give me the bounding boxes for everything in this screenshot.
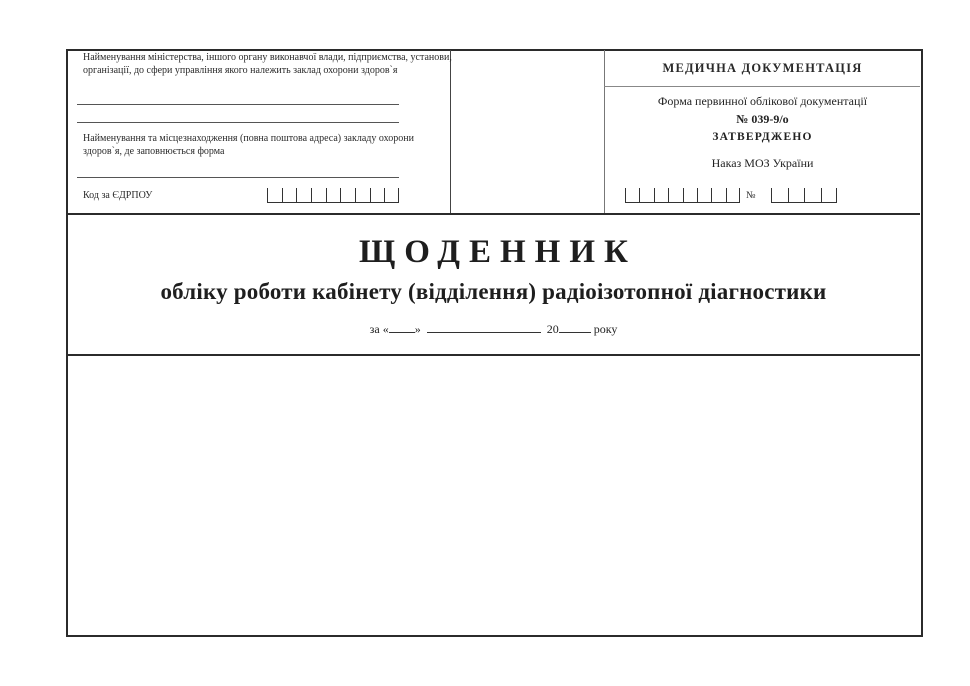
cell-tick: [683, 188, 684, 202]
date-line: за «» 20 року: [67, 322, 920, 337]
cell-tick: [654, 188, 655, 202]
cell-tick: [788, 188, 789, 202]
header-bottom-divider: [67, 213, 920, 215]
edrpou-label: Код за ЄДРПОУ: [83, 190, 152, 203]
order-label: Наказ МОЗ України: [605, 156, 920, 171]
institution-line: [77, 177, 399, 178]
cell-tick: [326, 188, 327, 202]
order-number-field[interactable]: [771, 188, 837, 203]
cell-tick: [311, 188, 312, 202]
cell-tick: [398, 188, 399, 202]
order-date-field[interactable]: [625, 188, 740, 203]
medical-documentation-heading: МЕДИЧНА ДОКУМЕНТАЦІЯ: [605, 61, 920, 76]
cell-tick: [384, 188, 385, 202]
ministry-line-2: [77, 122, 399, 123]
cell-tick: [697, 188, 698, 202]
cell-tick: [267, 188, 268, 202]
cell-tick: [804, 188, 805, 202]
journal-body-area[interactable]: [68, 356, 919, 633]
cell-tick: [739, 188, 740, 202]
cell-tick: [639, 188, 640, 202]
date-mid: »: [415, 322, 421, 336]
date-suffix: року: [594, 322, 618, 336]
cell-tick: [771, 188, 772, 202]
cell-tick: [625, 188, 626, 202]
form-number: № 039-9/о: [605, 112, 920, 127]
cell-tick: [355, 188, 356, 202]
cell-tick: [711, 188, 712, 202]
institution-label: Найменування та місцезнаходження (повна …: [83, 133, 443, 158]
cell-tick: [726, 188, 727, 202]
month-field[interactable]: [427, 322, 541, 333]
cell-tick: [821, 188, 822, 202]
year-prefix: 20: [547, 322, 559, 336]
cell-tick: [668, 188, 669, 202]
cell-tick: [370, 188, 371, 202]
cell-tick: [340, 188, 341, 202]
year-field[interactable]: [559, 322, 591, 333]
cell-tick: [296, 188, 297, 202]
form-label: Форма первинної облікової документації: [605, 94, 920, 109]
cell-tick: [282, 188, 283, 202]
category-divider: [604, 86, 920, 87]
edrpou-code-field[interactable]: [267, 188, 399, 203]
document-subtitle: обліку роботи кабінету (відділення) раді…: [67, 279, 920, 305]
date-prefix: за «: [370, 322, 389, 336]
approved-label: ЗАТВЕРДЖЕНО: [605, 131, 920, 143]
document-title: ЩОДЕННИК: [67, 234, 920, 271]
day-field[interactable]: [389, 322, 415, 333]
cell-tick: [836, 188, 837, 202]
ministry-label: Найменування міністерства, іншого органу…: [83, 52, 453, 77]
ministry-line-1: [77, 104, 399, 105]
order-number-sign: №: [746, 190, 756, 203]
